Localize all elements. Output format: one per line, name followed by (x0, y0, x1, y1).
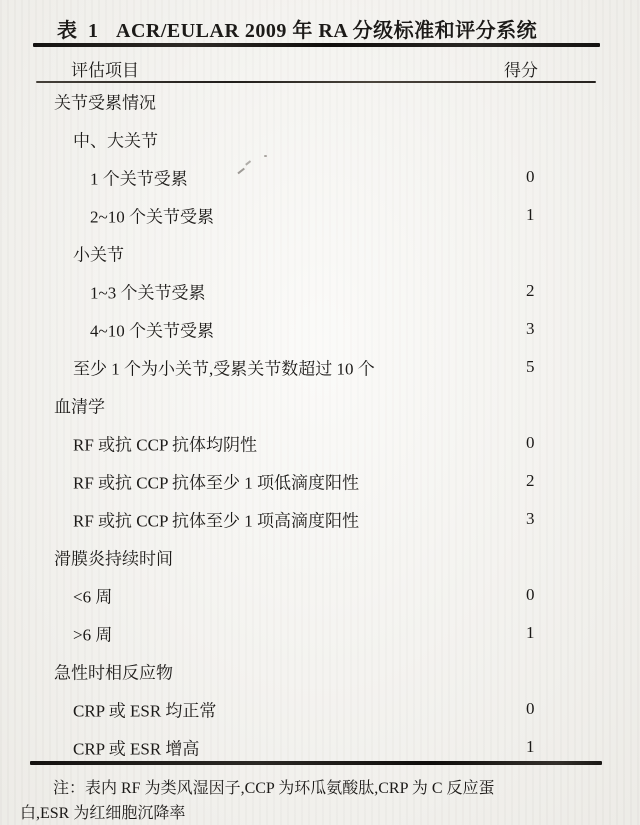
row-label: 中、大关节 (73, 127, 158, 152)
scanned-paper-page: 表 1ACR/EULAR 2009 年 RA 分级标准和评分系统 评估项目 得分… (0, 0, 640, 825)
footnote-line: 白,ESR 为红细胞沉降率 (20, 801, 618, 825)
table-row: 急性时相反应物 (0, 652, 640, 690)
table-row: 滑膜炎持续时间 (0, 538, 640, 576)
row-score: 5 (526, 357, 535, 377)
footnote-line: 注：表内 RF 为类风湿因子,CCP 为环瓜氨酸肽,CRP 为 C 反应蛋 (20, 776, 618, 801)
row-score: 1 (526, 205, 535, 225)
top-rule-divider (33, 43, 600, 47)
table-number-label: 表 1 (57, 20, 101, 42)
table-row: RF 或抗 CCP 抗体均阴性0 (0, 424, 640, 462)
row-label: CRP 或 ESR 均正常 (73, 697, 216, 722)
table-title-text: ACR/EULAR 2009 年 RA 分级标准和评分系统 (116, 20, 537, 42)
row-label: 急性时相反应物 (54, 659, 173, 684)
table-row: RF 或抗 CCP 抗体至少 1 项高滴度阳性3 (0, 500, 640, 538)
row-label: RF 或抗 CCP 抗体至少 1 项低滴度阳性 (73, 469, 359, 494)
table-footnote: 注：表内 RF 为类风湿因子,CCP 为环瓜氨酸肽,CRP 为 C 反应蛋 白,… (20, 776, 618, 825)
row-score: 0 (526, 433, 535, 453)
scan-artifact (264, 155, 267, 157)
row-score: 0 (526, 167, 535, 187)
row-label: 1~3 个关节受累 (90, 279, 205, 304)
row-label: 滑膜炎持续时间 (54, 545, 173, 570)
table-row: 小关节 (0, 234, 640, 272)
row-score: 2 (526, 281, 535, 301)
bottom-rule-divider (30, 761, 602, 765)
table-row: 关节受累情况 (0, 82, 640, 120)
row-score: 3 (526, 319, 535, 339)
table-row: CRP 或 ESR 均正常0 (0, 690, 640, 728)
row-score: 0 (526, 699, 535, 719)
row-label: RF 或抗 CCP 抗体均阴性 (73, 431, 257, 456)
column-header-item: 评估项目 (71, 56, 139, 81)
row-label: 至少 1 个为小关节,受累关节数超过 10 个 (73, 355, 375, 380)
row-label: >6 周 (73, 621, 112, 646)
table-row: 至少 1 个为小关节,受累关节数超过 10 个5 (0, 348, 640, 386)
table-row: RF 或抗 CCP 抗体至少 1 项低滴度阳性2 (0, 462, 640, 500)
row-label: 4~10 个关节受累 (90, 317, 214, 342)
row-score: 3 (526, 509, 535, 529)
table-row: 1 个关节受累0 (0, 158, 640, 196)
column-header-score: 得分 (504, 56, 538, 81)
table-body: 关节受累情况 中、大关节 1 个关节受累0 2~10 个关节受累1 小关节 1~… (0, 82, 640, 766)
row-label: 小关节 (73, 241, 124, 266)
row-label: CRP 或 ESR 增高 (73, 735, 199, 760)
row-score: 2 (526, 471, 535, 491)
table-row: 血清学 (0, 386, 640, 424)
table-title: 表 1ACR/EULAR 2009 年 RA 分级标准和评分系统 (57, 14, 610, 43)
row-label: 1 个关节受累 (90, 165, 188, 190)
table-row: 1~3 个关节受累2 (0, 272, 640, 310)
table-row: >6 周1 (0, 614, 640, 652)
row-score: 1 (526, 623, 535, 643)
row-label: 2~10 个关节受累 (90, 203, 214, 228)
table-row: 中、大关节 (0, 120, 640, 158)
row-label: 血清学 (54, 393, 105, 418)
table-row: 2~10 个关节受累1 (0, 196, 640, 234)
table-row: 4~10 个关节受累3 (0, 310, 640, 348)
row-label: <6 周 (73, 583, 112, 608)
row-label: RF 或抗 CCP 抗体至少 1 项高滴度阳性 (73, 507, 359, 532)
row-score: 0 (526, 585, 535, 605)
row-label: 关节受累情况 (54, 89, 156, 114)
row-score: 1 (526, 737, 535, 757)
table-row: <6 周0 (0, 576, 640, 614)
